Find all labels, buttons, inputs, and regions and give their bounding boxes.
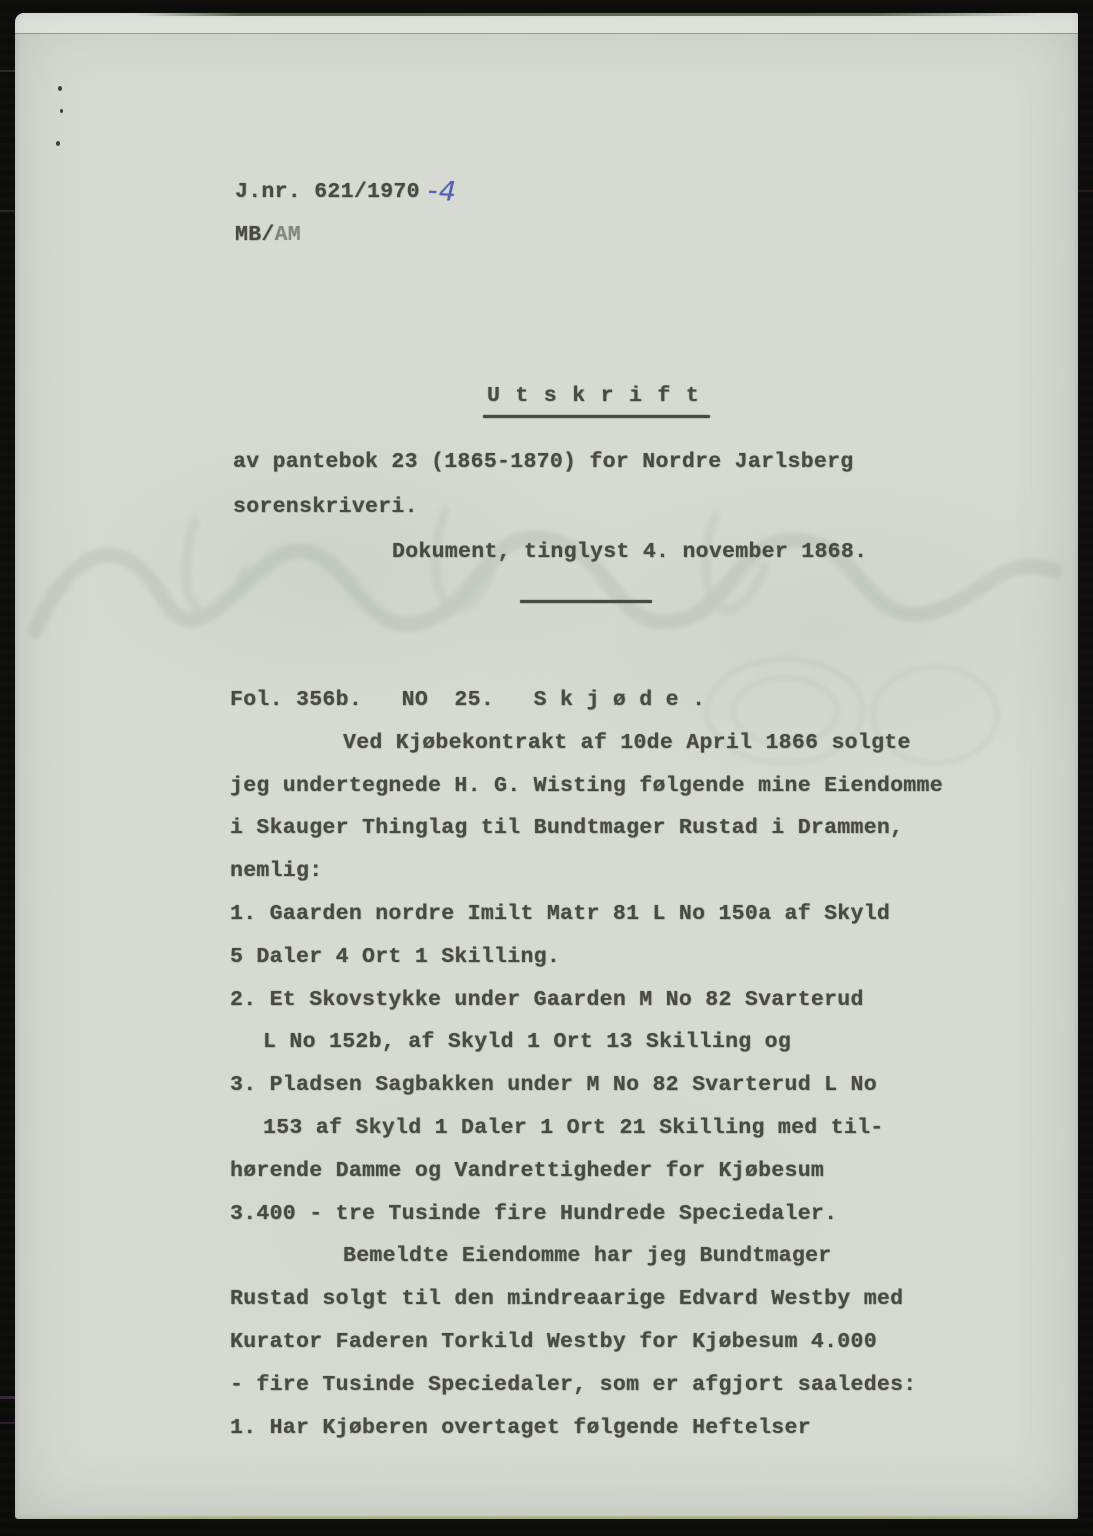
- document-page: J.nr. 621/1970-4 MB/AM U t s k r i f t a…: [15, 13, 1078, 1519]
- transcript-line: jeg undertegnede H. G. Wisting følgende …: [230, 765, 1040, 808]
- transcript-line: nemlig:: [230, 850, 1040, 893]
- paper-speck: [56, 141, 60, 146]
- title-underline: [483, 415, 710, 418]
- journal-number: J.nr. 621/1970: [235, 180, 420, 204]
- journal-number-line: J.nr. 621/1970-4: [235, 173, 457, 204]
- transcript-line: 5 Daler 4 Ort 1 Skilling.: [230, 936, 1040, 979]
- document-title: U t s k r i f t: [487, 384, 700, 408]
- paper-speck: [58, 86, 62, 91]
- transcript-line: 1. Har Kjøberen overtaget følgende Hefte…: [230, 1407, 1040, 1450]
- registration-line: Dokument, tinglyst 4. november 1868.: [392, 540, 867, 564]
- initials-line: MB/AM: [235, 223, 301, 247]
- transcript-line: 153 af Skyld 1 Daler 1 Ort 21 Skilling m…: [230, 1107, 1040, 1150]
- transcript-line: 3. Pladsen Sagbakken under M No 82 Svart…: [230, 1064, 1040, 1107]
- deed-transcript-body: Fol. 356b. NO 25. S k j ø d e . Ved Kjøb…: [230, 679, 1040, 1449]
- handwritten-annotation: -4: [424, 175, 460, 208]
- transcript-line: 3.400 - tre Tusinde fire Hundrede Specie…: [230, 1193, 1040, 1236]
- scanner-streak: [0, 1422, 15, 1424]
- transcript-line: - fire Tusinde Speciedaler, som er afgjo…: [230, 1364, 1040, 1407]
- source-line-2: sorenskriveri.: [233, 495, 418, 519]
- paper-speck: [60, 109, 63, 113]
- transcript-line: Bemeldte Eiendomme har jeg Bundtmager: [230, 1235, 1040, 1278]
- scanner-streak: [1078, 190, 1093, 192]
- initials-faded: AM: [275, 223, 301, 247]
- paper-top-strip: [15, 13, 1078, 33]
- paper-bottom-edge-tint: [25, 1516, 1064, 1519]
- bleedthrough-ghost-writing: [15, 481, 1078, 681]
- scanner-streak: [0, 210, 15, 212]
- paper-crease-line: [15, 33, 1078, 34]
- scanned-archive-page: { "header": { "journal_number": "J.nr. 6…: [0, 0, 1093, 1536]
- source-line-1: av pantebok 23 (1865-1870) for Nordre Ja…: [233, 450, 854, 474]
- transcript-line: Kurator Faderen Torkild Westby for Kjøbe…: [230, 1321, 1040, 1364]
- section-divider: [520, 600, 652, 603]
- transcript-line: hørende Damme og Vandrettigheder for Kjø…: [230, 1150, 1040, 1193]
- transcript-line: Ved Kjøbekontrakt af 10de April 1866 sol…: [230, 722, 1040, 765]
- transcript-line: L No 152b, af Skyld 1 Ort 13 Skilling og: [230, 1021, 1040, 1064]
- scanner-streak: [0, 70, 15, 72]
- transcript-line: 1. Gaarden nordre Imilt Matr 81 L No 150…: [230, 893, 1040, 936]
- transcript-lines: Ved Kjøbekontrakt af 10de April 1866 sol…: [230, 722, 1040, 1450]
- folio-heading: Fol. 356b. NO 25. S k j ø d e .: [230, 679, 1040, 722]
- scanner-streak: [0, 1396, 15, 1399]
- transcript-line: Rustad solgt til den mindreaarige Edvard…: [230, 1278, 1040, 1321]
- initials-dark: MB/: [235, 223, 275, 247]
- transcript-line: i Skauger Thinglag til Bundtmager Rustad…: [230, 807, 1040, 850]
- transcript-line: 2. Et Skovstykke under Gaarden M No 82 S…: [230, 979, 1040, 1022]
